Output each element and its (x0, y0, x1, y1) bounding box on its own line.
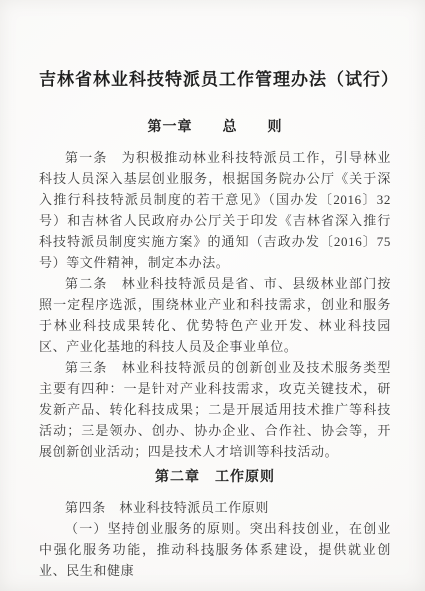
document-title: 吉林省林业科技特派员工作管理办法（试行） (39, 68, 391, 92)
chapter-2-heading: 第二章 工作原则 (39, 468, 391, 488)
scanned-document-page: 吉林省林业科技特派员工作管理办法（试行） 第一章 总 则 第一条 为积极推动林业… (0, 0, 425, 591)
chapter-1-heading: 第一章 总 则 (39, 118, 391, 138)
page-number: - 2 - (0, 548, 425, 558)
article-1-paragraph: 第一条 为积极推动林业科技特派员工作，引导林业科技人员深入基层创业服务，根据国务… (39, 147, 391, 273)
document-content: 吉林省林业科技特派员工作管理办法（试行） 第一章 总 则 第一条 为积极推动林业… (39, 0, 391, 581)
article-3-paragraph: 第三条 林业科技特派员的创新创业及技术服务类型主要有四种：一是针对产业科技需求，… (39, 357, 391, 462)
article-2-paragraph: 第二条 林业科技特派员是省、市、县级林业部门按照一定程序选派，围绕林业产业和科技… (39, 273, 391, 357)
article-4-paragraph: 第四条 林业科技特派员工作原则 (39, 497, 391, 518)
